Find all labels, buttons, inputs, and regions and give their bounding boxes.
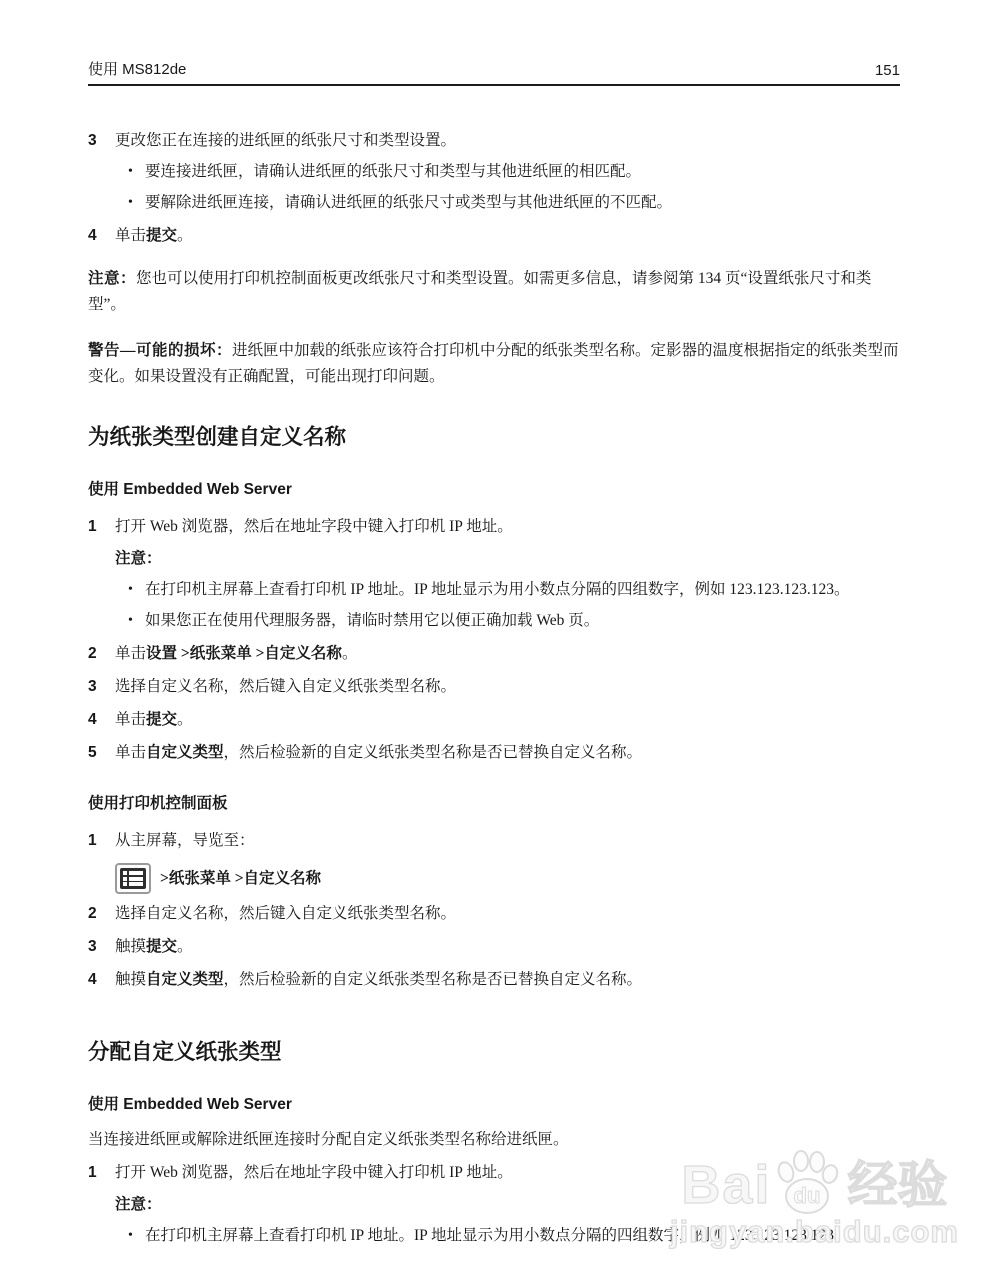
list-item: • 要连接进纸匣，请确认进纸匣的纸张尺寸和类型与其他进纸匣的相匹配。: [128, 159, 900, 185]
step-text: 选择自定义名称，然后键入自定义纸张类型名称。: [115, 674, 900, 700]
bullet-icon: •: [128, 190, 145, 216]
page-number: 151: [875, 62, 900, 79]
step-number: 4: [88, 707, 115, 733]
subheading-printer-control-panel: 使用打印机控制面板: [88, 792, 900, 816]
subheading-ews: 使用 Embedded Web Server: [88, 478, 900, 502]
step-number: 1: [88, 514, 115, 540]
list-item: • 如果您正在使用代理服务器，请临时禁用它以便正确加载 Web 页。: [128, 608, 900, 634]
step-text: 触摸自定义类型，然后检验新的自定义纸张类型名称是否已替换自定义名称。: [115, 967, 900, 993]
step-item: 4 单击提交。: [88, 707, 900, 733]
section-heading-assign-custom-type: 分配自定义纸张类型: [88, 1037, 900, 1067]
step-text: 选择自定义名称，然后键入自定义纸张类型名称。: [115, 901, 900, 927]
note-paragraph: 注意：您也可以使用打印机控制面板更改纸张尺寸和类型设置。如需更多信息，请参阅第 …: [88, 266, 900, 318]
step-text: 单击自定义类型，然后检验新的自定义纸张类型名称是否已替换自定义名称。: [115, 740, 900, 766]
step-number: 1: [88, 1160, 115, 1186]
step-item: 3 选择自定义名称，然后键入自定义纸张类型名称。: [88, 674, 900, 700]
step-number: 2: [88, 641, 115, 667]
note-label: 注意：: [88, 270, 136, 287]
step-text: 单击设置 >纸张菜单 >自定义名称。: [115, 641, 900, 667]
step-number: 3: [88, 128, 115, 154]
step-text: 从主屏幕，导览至：: [115, 828, 900, 854]
bullet-icon: •: [128, 608, 145, 634]
document-page: 使用 MS812de 151 3 更改您正在连接的进纸匣的纸张尺寸和类型设置。 …: [0, 0, 989, 1249]
watermark-url: jingyan.baidu.com: [670, 1214, 959, 1250]
step-number: 4: [88, 967, 115, 993]
bullet-icon: •: [128, 159, 145, 185]
list-item: • 在打印机主屏幕上查看打印机 IP 地址。IP 地址显示为用小数点分隔的四组数…: [128, 577, 900, 603]
watermark-bai-text: Bai: [681, 1158, 771, 1212]
notes-label: 注意：: [115, 546, 900, 572]
baidu-watermark: Bai du 经验 jingyan.baidu.com: [670, 1150, 959, 1250]
step-number: 3: [88, 934, 115, 960]
step-text: 单击提交。: [115, 707, 900, 733]
step-item: 5 单击自定义类型，然后检验新的自定义纸张类型名称是否已替换自定义名称。: [88, 740, 900, 766]
step-item: 1 从主屏幕，导览至：: [88, 828, 900, 854]
bullet-text: 要连接进纸匣，请确认进纸匣的纸张尺寸和类型与其他进纸匣的相匹配。: [145, 159, 900, 185]
menu-path-text: >纸张菜单 >自定义名称: [160, 866, 321, 892]
step-text: 触摸提交。: [115, 934, 900, 960]
step-item: 2 选择自定义名称，然后键入自定义纸张类型名称。: [88, 901, 900, 927]
warning-paragraph: 警告—可能的损坏：进纸匣中加载的纸张应该符合打印机中分配的纸张类型名称。定影器的…: [88, 338, 900, 390]
bullet-icon: •: [128, 1223, 145, 1249]
list-item: • 要解除进纸匣连接，请确认进纸匣的纸张尺寸或类型与其他进纸匣的不匹配。: [128, 190, 900, 216]
warning-label: 警告—可能的损坏：: [88, 342, 232, 359]
step-number: 3: [88, 674, 115, 700]
step-item: 2 单击设置 >纸张菜单 >自定义名称。: [88, 641, 900, 667]
step-item: 4 触摸自定义类型，然后检验新的自定义纸张类型名称是否已替换自定义名称。: [88, 967, 900, 993]
step-item: 1 打开 Web 浏览器，然后在地址字段中键入打印机 IP 地址。: [88, 514, 900, 540]
page-header: 使用 MS812de 151: [88, 58, 900, 86]
watermark-brand: Bai du 经验: [670, 1150, 959, 1212]
header-doc-title: 使用 MS812de: [88, 58, 186, 79]
bullet-text: 要解除进纸匣连接，请确认进纸匣的纸张尺寸或类型与其他进纸匣的不匹配。: [145, 190, 900, 216]
watermark-cn-text: 经验: [847, 1158, 947, 1212]
step-number: 1: [88, 828, 115, 854]
watermark-du-text: du: [794, 1183, 821, 1208]
section-heading-create-custom-names: 为纸张类型创建自定义名称: [88, 422, 900, 452]
bullet-text: 在打印机主屏幕上查看打印机 IP 地址。IP 地址显示为用小数点分隔的四组数字，…: [145, 577, 900, 603]
step-number: 5: [88, 740, 115, 766]
step-number: 2: [88, 901, 115, 927]
subheading-ews-2: 使用 Embedded Web Server: [88, 1093, 900, 1117]
step-text: 单击提交。: [115, 223, 900, 249]
menu-path-row: >纸张菜单 >自定义名称: [115, 863, 900, 894]
bullet-icon: •: [128, 577, 145, 603]
menu-list-icon: [115, 863, 151, 894]
baidu-paw-icon: du: [773, 1150, 841, 1216]
note-text: 您也可以使用打印机控制面板更改纸张尺寸和类型设置。如需更多信息，请参阅第 134…: [88, 270, 871, 313]
bullet-list: • 在打印机主屏幕上查看打印机 IP 地址。IP 地址显示为用小数点分隔的四组数…: [128, 577, 900, 634]
step-item: 3 更改您正在连接的进纸匣的纸张尺寸和类型设置。: [88, 128, 900, 154]
step-text: 更改您正在连接的进纸匣的纸张尺寸和类型设置。: [115, 128, 900, 154]
bullet-list: • 要连接进纸匣，请确认进纸匣的纸张尺寸和类型与其他进纸匣的相匹配。 • 要解除…: [128, 159, 900, 216]
page-content: 3 更改您正在连接的进纸匣的纸张尺寸和类型设置。 • 要连接进纸匣，请确认进纸匣…: [88, 128, 900, 1249]
step-item: 4 单击提交。: [88, 223, 900, 249]
bullet-text: 如果您正在使用代理服务器，请临时禁用它以便正确加载 Web 页。: [145, 608, 900, 634]
step-number: 4: [88, 223, 115, 249]
step-text: 打开 Web 浏览器，然后在地址字段中键入打印机 IP 地址。: [115, 514, 900, 540]
step-item: 3 触摸提交。: [88, 934, 900, 960]
